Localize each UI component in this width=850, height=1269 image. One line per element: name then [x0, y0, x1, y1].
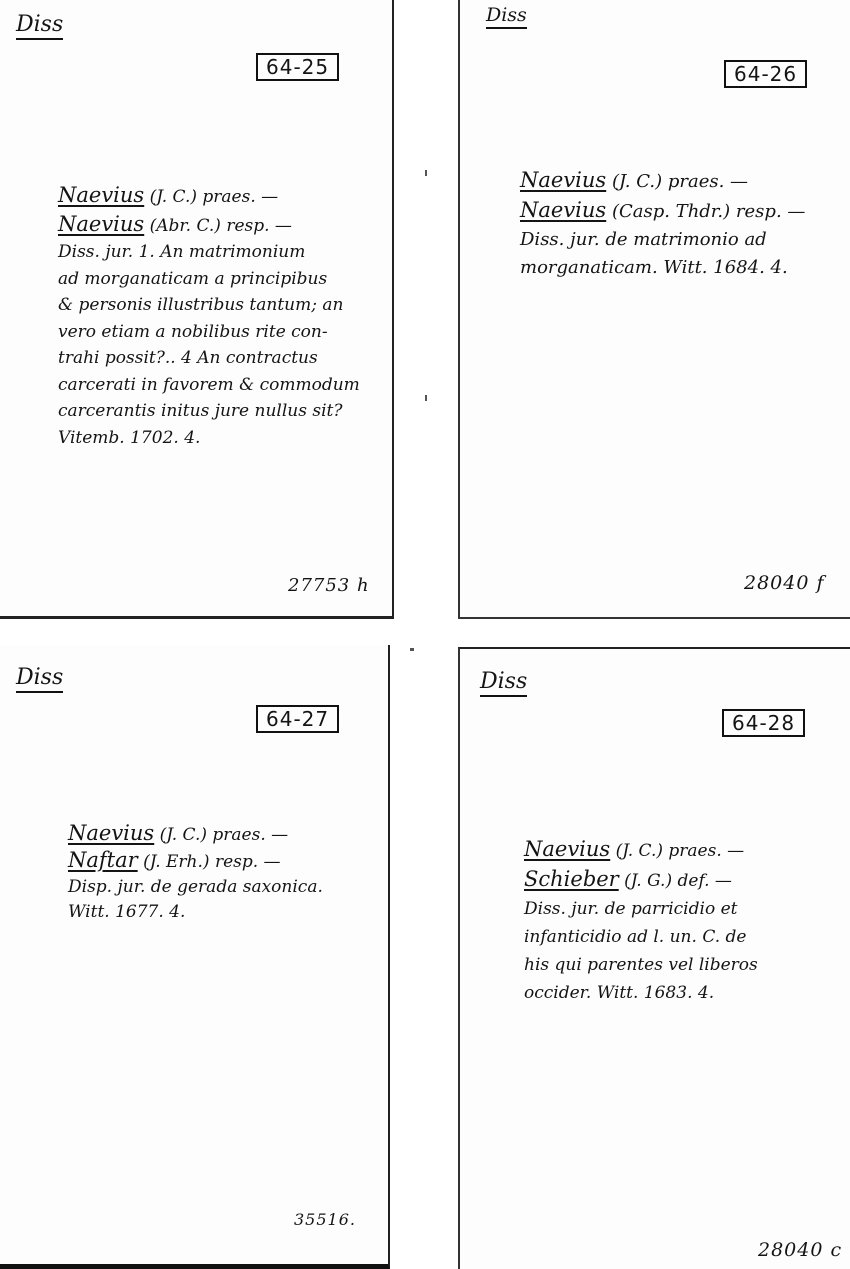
praeses-initials: (J. C.) [612, 171, 662, 192]
scan-speck [425, 170, 427, 176]
description-line: infanticidio ad l. un. C. de [524, 923, 758, 951]
card-heading: Diss [480, 671, 527, 697]
description-line: carcerati in favorem & commodum [58, 372, 360, 399]
catalog-card-64-28: Diss 64-28 Naevius (J. C.) praes. — Schi… [458, 647, 850, 1269]
card-body: Naevius (J. C.) praes. — Naevius (Abr. C… [58, 182, 360, 451]
praeses-line: Naevius (J. C.) praes. — [520, 166, 805, 196]
respondens-name: Naevius [58, 212, 144, 236]
description-line: morganaticam. Witt. 1684. 4. [520, 254, 805, 282]
scan-speck [410, 648, 414, 651]
praeses-line: Naevius (J. C.) praes. — [68, 821, 323, 848]
praeses-initials: (J. C.) [150, 187, 197, 207]
praeses-name: Naevius [524, 837, 610, 861]
card-heading: Diss [16, 14, 63, 40]
description-line: Diss. jur. de matrimonio ad [520, 226, 805, 254]
description-line: vero etiam a nobilibus rite con- [58, 319, 360, 346]
respondens-role: def. — [678, 871, 732, 891]
card-body: Naevius (J. C.) praes. — Schieber (J. G.… [524, 835, 758, 1007]
description-line: & personis illustribus tantum; an [58, 292, 360, 319]
call-number: 64-26 [724, 60, 807, 88]
praeses-line: Naevius (J. C.) praes. — [524, 835, 758, 865]
description-line: carcerantis initus jure nullus sit? [58, 398, 360, 425]
respondens-name: Naftar [68, 848, 138, 872]
description-line: Diss. jur. 1. An matrimonium [58, 239, 360, 266]
accession-number: 28040 f [744, 572, 825, 594]
respondens-role: resp. — [226, 216, 292, 236]
respondens-line: Naftar (J. Erh.) resp. — [68, 848, 323, 875]
respondens-initials: (J. Erh.) [143, 852, 209, 872]
praeses-name: Naevius [520, 168, 606, 192]
description-line: Diss. jur. de parricidio et [524, 895, 758, 923]
call-number: 64-27 [256, 705, 339, 733]
description-line: trahi possit?.. 4 An contractus [58, 345, 360, 372]
praeses-role: praes. — [668, 841, 744, 861]
accession-number: 28040 c [758, 1239, 842, 1261]
accession-number: 27753 h [288, 575, 370, 596]
respondens-name: Naevius [520, 198, 606, 222]
praeses-name: Naevius [68, 821, 154, 845]
respondens-initials: (Abr. C.) [150, 216, 221, 236]
description-line: his qui parentes vel liberos [524, 951, 758, 979]
praeses-initials: (J. C.) [160, 825, 207, 845]
praeses-role: praes. — [668, 171, 748, 192]
respondens-role: resp. — [736, 201, 805, 222]
card-body: Naevius (J. C.) praes. — Naevius (Casp. … [520, 166, 805, 282]
description-line: Witt. 1677. 4. [68, 900, 323, 925]
description-line: Vitemb. 1702. 4. [58, 425, 360, 452]
respondens-line: Naevius (Abr. C.) resp. — [58, 211, 360, 240]
scan-speck [425, 395, 427, 401]
praeses-name: Naevius [58, 183, 144, 207]
praeses-role: praes. — [212, 825, 288, 845]
card-heading: Diss [486, 6, 527, 29]
catalog-card-64-27: Diss 64-27 Naevius (J. C.) praes. — Naft… [0, 645, 390, 1269]
respondens-line: Schieber (J. G.) def. — [524, 865, 758, 895]
call-number: 64-28 [722, 709, 805, 737]
catalog-card-64-25: Diss 64-25 Naevius (J. C.) praes. — Naev… [0, 0, 394, 619]
respondens-line: Naevius (Casp. Thdr.) resp. — [520, 196, 805, 226]
praeses-initials: (J. C.) [616, 841, 663, 861]
praeses-role: praes. — [202, 187, 278, 207]
card-heading: Diss [16, 667, 63, 693]
description-line: occider. Witt. 1683. 4. [524, 979, 758, 1007]
catalog-card-64-26: Diss 64-26 Naevius (J. C.) praes. — Naev… [458, 0, 850, 619]
praeses-line: Naevius (J. C.) praes. — [58, 182, 360, 211]
accession-number: 35516. [294, 1210, 356, 1229]
respondens-initials: (Casp. Thdr.) [612, 201, 730, 222]
description-line: Disp. jur. de gerada saxonica. [68, 875, 323, 900]
call-number: 64-25 [256, 53, 339, 81]
respondens-name: Schieber [524, 867, 619, 891]
card-body: Naevius (J. C.) praes. — Naftar (J. Erh.… [68, 821, 323, 925]
respondens-role: resp. — [215, 852, 281, 872]
respondens-initials: (J. G.) [624, 871, 672, 891]
description-line: ad morganaticam a principibus [58, 266, 360, 293]
